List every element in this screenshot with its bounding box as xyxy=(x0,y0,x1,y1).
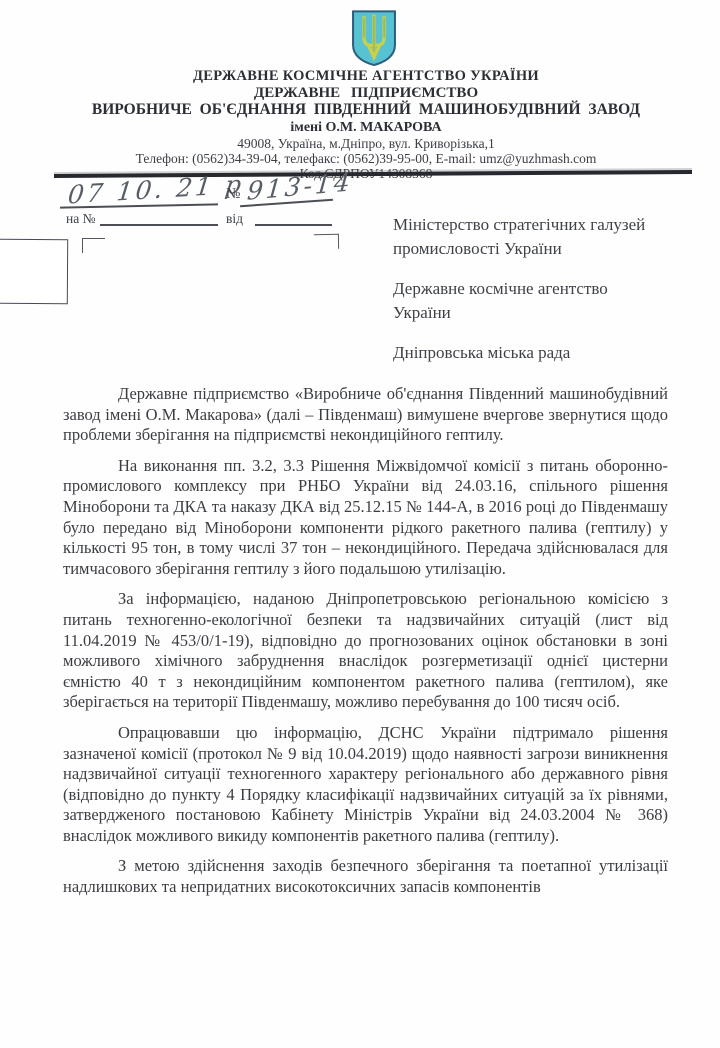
number-sign-label: № xyxy=(226,186,240,203)
addressee-space-agency: Державне космічне агентство України xyxy=(393,277,655,325)
letterhead-postal-address: 49008, Україна, м.Дніпро, вул. Криворізь… xyxy=(12,137,720,151)
addressee-ministry: Міністерство стратегічних галузей промис… xyxy=(393,213,655,261)
paragraph-transfer-history: На виконання пп. 3.2, 3.3 Рішення Міжвід… xyxy=(63,456,668,580)
letterhead: ДЕРЖАВНЕ КОСМІЧНЕ АГЕНТСТВО УКРАЇНИ ДЕРЖ… xyxy=(12,68,720,181)
paragraph-dsns-decision: Опрацювавши цю інформацію, ДСНС України … xyxy=(63,723,668,847)
reply-number-label: на № xyxy=(66,211,95,227)
ukraine-trident-emblem-icon xyxy=(348,9,400,67)
letter-body: Державне підприємство «Виробниче об'єдна… xyxy=(63,384,668,908)
address-zone-corner-mark-right xyxy=(314,234,339,249)
letterhead-association: ВИРОБНИЧЕ ОБ'ЄДНАННЯ ПІВДЕННИЙ МАШИНОБУД… xyxy=(12,102,720,118)
paragraph-risk-assessment: За інформацією, наданою Дніпропетровсько… xyxy=(63,589,668,713)
addressee-city-council: Дніпровська міська рада xyxy=(393,341,655,365)
addressee-block: Міністерство стратегічних галузей промис… xyxy=(393,213,655,381)
paragraph-purpose: З метою здійснення заходів безпечного зб… xyxy=(63,856,668,897)
reply-date-blank-line xyxy=(255,224,332,226)
letterhead-named-after: імені О.М. МАКАРОВА xyxy=(12,120,720,135)
paragraph-intro: Державне підприємство «Виробниче об'єдна… xyxy=(63,384,668,446)
reply-date-label: від xyxy=(226,211,243,227)
empty-stamp-box xyxy=(0,239,68,305)
address-zone-corner-mark-left xyxy=(82,238,105,253)
letterhead-agency: ДЕРЖАВНЕ КОСМІЧНЕ АГЕНТСТВО УКРАЇНИ xyxy=(12,68,720,84)
reply-number-blank-line xyxy=(100,224,218,226)
letterhead-enterprise: ДЕРЖАВНЕ ПІДПРИЄМСТВО xyxy=(12,85,720,101)
letterhead-contacts: Телефон: (0562)34-39-04, телефакс: (0562… xyxy=(12,152,720,166)
document-page: ДЕРЖАВНЕ КОСМІЧНЕ АГЕНТСТВО УКРАЇНИ ДЕРЖ… xyxy=(0,0,720,1048)
